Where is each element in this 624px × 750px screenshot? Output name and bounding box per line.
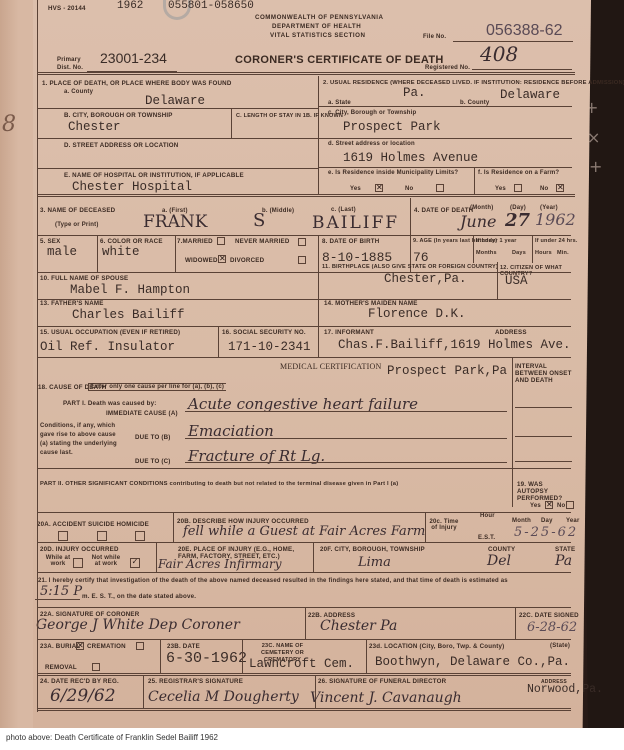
injury-city-label: 20f. CITY, BOROUGH, TOWNSHIP <box>320 546 425 553</box>
accident-checkbox[interactable] <box>58 531 68 541</box>
agency-line-1: COMMONWEALTH OF PENNSYLVANIA <box>255 14 383 21</box>
year-label: Year <box>566 518 579 524</box>
res-state: Pa. <box>403 86 426 100</box>
registered-no: 408 <box>480 42 518 66</box>
divider <box>37 572 571 573</box>
date-received-label: 24. DATE REC'D BY REG. <box>40 678 119 685</box>
form-year: 1962 <box>117 0 143 12</box>
serial-range: 055801-058650 <box>168 0 254 12</box>
divider <box>37 542 571 543</box>
occupation: Oil Ref. Insulator <box>40 340 175 354</box>
location-label: 23d. LOCATION (City, Boro, Twp. & County… <box>369 643 504 650</box>
spouse: Mabel F. Hampton <box>70 283 190 297</box>
divider <box>532 235 533 263</box>
cause-instructions: Enter only one cause per line for (a), (… <box>88 383 226 391</box>
under-1yr-label: If under 1 year <box>476 238 517 244</box>
due-to-c-label: DUE TO (c) <box>135 458 171 465</box>
primary-dist-label-2: Dist. No. <box>57 65 83 71</box>
immediate-cause-label: IMMEDIATE CAUSE (a) <box>106 410 178 417</box>
place-of-death-label: 1. PLACE OF DEATH, OR PLACE WHERE BODY W… <box>42 80 232 87</box>
divider <box>37 299 571 300</box>
county-label: a. County <box>64 89 93 95</box>
agency-line-3: VITAL STATISTICS SECTION <box>270 32 365 39</box>
res-street: 1619 Holmes Avenue <box>343 151 478 165</box>
injury-city: Lima <box>358 555 391 570</box>
widowed-label: WIDOWED <box>185 257 218 264</box>
month-label: Month <box>512 518 531 524</box>
divorced-checkbox[interactable] <box>298 256 306 264</box>
how-injury: fell while a Guest at Fair Acres Farm <box>183 524 425 539</box>
divider <box>512 357 513 507</box>
divider <box>37 708 571 711</box>
interval-label: INTERVAL BETWEEN ONSET AND DEATH <box>515 363 575 384</box>
informant-label: 17. INFORMANT <box>324 329 374 336</box>
divider <box>37 272 571 273</box>
border-left <box>37 0 38 712</box>
mother: Florence D.K. <box>368 307 466 321</box>
divider <box>37 194 575 197</box>
divider <box>185 462 507 463</box>
divider <box>425 512 426 542</box>
usual-residence-label: 2. USUAL RESIDENCE (where deceased lived… <box>323 80 624 86</box>
hospital: Chester Hospital <box>72 180 192 194</box>
primary-dist-label-1: Primary <box>57 57 81 63</box>
divider <box>305 607 306 639</box>
res-street-label: d. Street address or location <box>328 141 415 147</box>
registrar-signature: Cecelia M Dougherty <box>148 689 299 705</box>
divider <box>185 438 507 439</box>
location: Boothwyn, Delaware Co.,Pa. <box>375 655 570 669</box>
medical-certification-title: MEDICAL CERTIFICATION <box>280 362 381 371</box>
cremation-label: CREMATION <box>87 643 126 650</box>
burial-date-label: 23b. DATE <box>167 643 200 650</box>
on-farm-no-label: No <box>540 186 548 192</box>
never-married-label: NEVER MARRIED <box>235 238 290 245</box>
autopsy-yes-label: Yes <box>530 503 541 509</box>
autopsy-yes-checkbox[interactable]: ✕ <box>545 501 553 509</box>
death-month-label: (Month) <box>470 205 493 211</box>
homicide-checkbox[interactable] <box>135 531 145 541</box>
coroner-address: Chester Pa <box>320 618 397 634</box>
widowed-checkbox[interactable]: ✕ <box>218 255 226 263</box>
divider <box>515 461 572 462</box>
form-code: HVS - 20144 <box>48 5 86 12</box>
place-of-injury: Fair Acres Infirmary <box>158 557 282 571</box>
father: Charles Bailiff <box>72 308 185 322</box>
sex-label: 5. SEX <box>40 238 60 245</box>
divider <box>143 676 144 709</box>
burial-label: 23a. BURIAL <box>40 643 80 650</box>
divider <box>160 639 161 674</box>
not-while-at-work-checkbox[interactable]: ✓ <box>130 558 140 568</box>
divider <box>515 607 516 639</box>
primary-dist-no: 23001-234 <box>100 50 167 66</box>
inside-limits-no-checkbox[interactable] <box>436 184 444 192</box>
divider <box>231 108 232 138</box>
divider <box>410 198 411 235</box>
res-city: Prospect Park <box>343 120 441 134</box>
divider <box>318 167 572 168</box>
photo-caption: photo above: Death Certificate of Frankl… <box>6 733 218 742</box>
age: 76 <box>413 250 429 265</box>
burial-checkbox[interactable]: ✕ <box>76 642 84 650</box>
date-signed: 6-28-62 <box>527 620 577 635</box>
ruler-mark: + <box>589 157 602 176</box>
married-checkbox[interactable] <box>217 237 225 245</box>
res-county: Delaware <box>500 88 560 102</box>
date-signed-label: 22c. DATE SIGNED <box>519 612 579 619</box>
injury-state: Pa <box>555 553 572 569</box>
divider <box>37 168 318 169</box>
divider <box>37 357 571 358</box>
divider <box>318 106 572 107</box>
time-of-injury-label: 20c. Time of Injury <box>428 519 460 531</box>
divider <box>35 599 80 600</box>
autopsy-no-label: No <box>557 503 565 509</box>
conditions-label: Conditions, if any, which gave rise to a… <box>40 422 122 458</box>
middle-name: S <box>253 210 265 231</box>
divider <box>175 235 176 272</box>
removal-checkbox[interactable] <box>92 663 100 671</box>
death-year: 1962 <box>535 210 576 229</box>
birthplace: Chester,Pa. <box>384 272 467 286</box>
mother-label: 14. MOTHER'S MAIDEN NAME <box>324 300 418 307</box>
divorced-label: DIVORCED <box>230 257 264 264</box>
divider <box>472 69 572 70</box>
divider <box>97 235 98 272</box>
length-of-stay-label: c. LENGTH OF STAY IN 1b. IF KNOWN <box>236 113 343 119</box>
last-name: BAILIFF <box>312 213 399 233</box>
certify-text: 21. I hereby certify that investigation … <box>38 578 508 584</box>
suicide-checkbox[interactable] <box>97 531 107 541</box>
manner-label: 20a. ACCIDENT SUICIDE HOMICIDE <box>37 521 149 528</box>
death-county: Delaware <box>145 94 205 108</box>
divider <box>366 639 367 674</box>
race-label: 6. COLOR OR RACE <box>100 238 163 245</box>
city-label: b. CITY, BOROUGH OR TOWNSHIP <box>64 112 173 119</box>
injury-county-label: COUNTY <box>488 546 515 553</box>
time-suffix: m. E. S. T., on the date stated above. <box>82 593 196 600</box>
ssn: 171-10-2341 <box>228 340 311 354</box>
divider <box>318 138 572 139</box>
cremation-checkbox[interactable] <box>136 642 144 650</box>
margin-mark: 8 <box>2 112 16 137</box>
certificate-photo: + × + 8 HVS - 20144 1962 055801-058650 C… <box>0 0 624 728</box>
funeral-address: Norwood,Pa. <box>527 683 603 696</box>
sex: male <box>47 245 77 259</box>
funeral-director-label: 26. SIGNATURE OF FUNERAL DIRECTOR <box>318 678 446 685</box>
inside-limits-yes-label: Yes <box>350 186 361 192</box>
divider <box>37 235 571 236</box>
divider <box>37 607 571 608</box>
occupation-label: 15. USUAL OCCUPATION (even if retired) <box>40 329 180 336</box>
funeral-director-signature: Vincent J. Cavanaugh <box>310 690 462 706</box>
cemetery: Lawncroft Cem. <box>249 657 354 671</box>
on-farm-label: f. Is Residence on a Farm? <box>478 170 559 176</box>
divider <box>37 72 575 75</box>
coroner-time: 5:15 P <box>40 584 82 599</box>
min-label: Min. <box>557 250 569 256</box>
date-received: 6/29/62 <box>50 686 116 706</box>
divider <box>318 262 319 299</box>
file-no: 056388-62 <box>486 22 563 40</box>
injury-occurred-label: 20d. INJURY OCCURRED <box>40 546 119 553</box>
days-label: Days <box>512 250 526 256</box>
street-label: d. STREET ADDRESS OR LOCATION <box>64 142 178 149</box>
while-at-work-checkbox[interactable] <box>73 558 83 568</box>
informant-address-label: ADDRESS <box>495 329 527 336</box>
divider <box>37 673 571 676</box>
divider <box>313 542 314 572</box>
informant: Chas.F.Bailiff,1619 Holmes Ave. <box>338 338 571 352</box>
divider <box>497 262 498 299</box>
informant-city: Prospect Park,Pa <box>387 364 507 378</box>
deceased-name-label: 3. NAME OF DECEASED <box>40 207 115 214</box>
race: white <box>102 245 140 259</box>
divider <box>173 512 174 542</box>
not-while-at-work-label: Not while at work <box>89 555 123 567</box>
divider <box>156 542 157 572</box>
certificate-title: CORONER'S CERTIFICATE OF DEATH <box>235 54 444 66</box>
divider <box>318 76 319 194</box>
dob: 8-10-1885 <box>322 250 392 265</box>
divider <box>242 639 243 674</box>
divider <box>185 411 507 412</box>
registrar-signature-label: 25. REGISTRAR'S SIGNATURE <box>148 678 243 685</box>
divider <box>37 639 571 640</box>
divider <box>474 167 475 194</box>
death-day: 27 <box>505 210 530 231</box>
autopsy-label: 19. WAS AUTOPSY PERFORMED? <box>517 481 572 502</box>
hospital-label: e. NAME OF HOSPITAL OR INSTITUTION, IF A… <box>64 172 244 179</box>
agency-line-2: DEPARTMENT OF HEALTH <box>272 23 361 30</box>
inside-limits-yes-checkbox[interactable]: ✕ <box>375 184 383 192</box>
type-or-print-label: (Type or Print) <box>55 222 99 228</box>
on-farm-yes-checkbox[interactable] <box>514 184 522 192</box>
never-married-checkbox[interactable] <box>298 238 306 246</box>
divider <box>37 326 571 327</box>
injury-state-label: STATE <box>555 546 575 553</box>
time-of-injury-date: 5-25-62 <box>514 525 578 540</box>
hours-label: Hours <box>535 250 552 256</box>
death-city: Chester <box>68 120 121 134</box>
on-farm-yes-label: Yes <box>495 186 506 192</box>
est-label: E.S.T. <box>478 535 495 541</box>
divider <box>515 436 572 437</box>
divider <box>218 326 219 357</box>
registered-no-label: Registered No. <box>425 65 470 71</box>
father-label: 13. FATHER'S NAME <box>40 300 104 307</box>
location-state-label: (State) <box>550 643 570 649</box>
due-to-b-label: DUE TO (b) <box>135 434 171 441</box>
while-at-work-label: While at work <box>45 555 71 567</box>
months-label: Months <box>476 250 497 256</box>
ssn-label: 16. SOCIAL SECURITY NO. <box>222 329 306 336</box>
injury-county: Del <box>487 553 511 569</box>
divider <box>37 468 571 469</box>
divider <box>37 138 318 139</box>
res-city-label: c. City, Borough or Township <box>328 110 416 116</box>
coroner-signature: George J White Dep Coroner <box>36 617 240 633</box>
middle-name-label: b. (Middle) <box>262 208 294 214</box>
divider <box>37 108 318 109</box>
death-month: June <box>460 212 497 231</box>
inside-limits-no-label: No <box>405 186 413 192</box>
divider <box>318 299 319 357</box>
part1-label: PART I. Death was caused by: <box>63 400 157 407</box>
part2-label: PART II. OTHER SIGNIFICANT CONDITIONS co… <box>40 481 398 487</box>
divider <box>473 235 474 263</box>
file-no-label: File No. <box>423 34 446 40</box>
removal-label: REMOVAL <box>45 664 77 671</box>
spouse-label: 10. FULL NAME OF SPOUSE <box>40 275 128 282</box>
hour-label: Hour <box>480 513 495 519</box>
inside-limits-label: e. Is Residence inside Municipality Limi… <box>328 170 458 176</box>
day-label: Day <box>541 518 553 524</box>
autopsy-no-checkbox[interactable] <box>566 501 574 509</box>
dob-label: 8. DATE OF BIRTH <box>322 238 379 245</box>
citizen: USA <box>505 274 528 288</box>
under-24hr-label: If under 24 hrs. <box>535 238 578 244</box>
divider <box>515 407 572 408</box>
married-label: 7.MARRIED <box>177 238 213 245</box>
birthplace-label: 11. BIRTHPLACE (Also give state or forei… <box>322 264 498 270</box>
first-name: FRANK <box>143 212 207 232</box>
on-farm-no-checkbox[interactable]: ✕ <box>556 184 564 192</box>
burial-date: 6-30-1962 <box>166 650 247 667</box>
